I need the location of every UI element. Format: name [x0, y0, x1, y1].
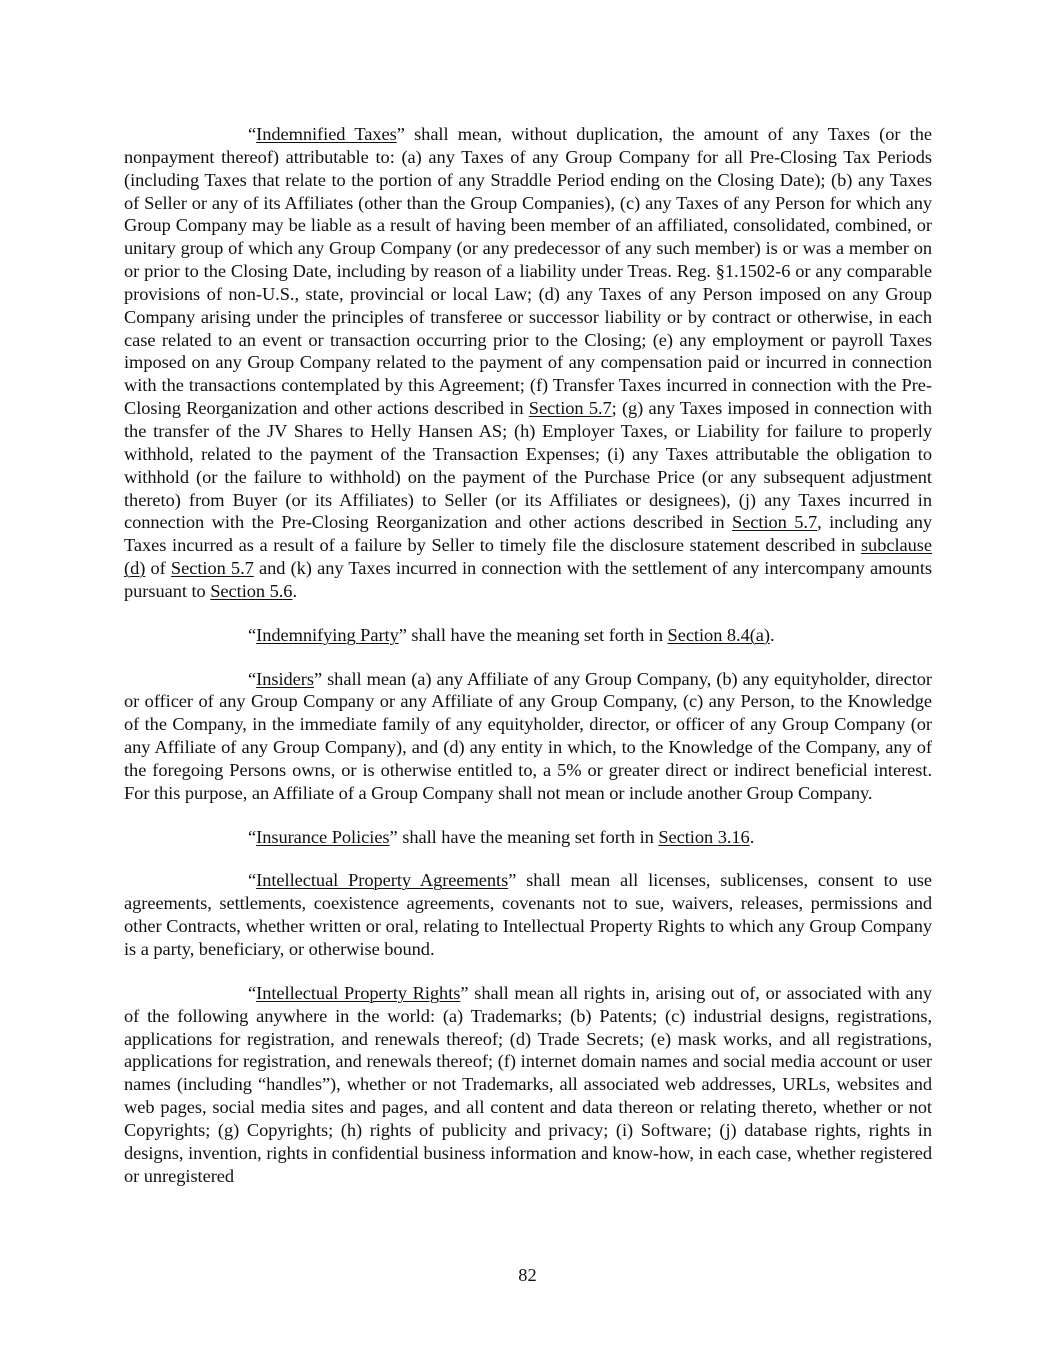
definition-insiders: “Insiders” shall mean (a) any Affiliate … — [124, 668, 932, 805]
defined-term: Indemnified Taxes — [256, 124, 397, 144]
open-quote: “ — [248, 983, 256, 1003]
section-reference: Section 8.4(a) — [668, 625, 770, 645]
defined-term: Indemnifying Party — [256, 625, 399, 645]
definition-indemnifying-party: “Indemnifying Party” shall have the mean… — [124, 624, 932, 647]
open-quote: “ — [248, 870, 256, 890]
definition-text: ” shall mean (a) any Affiliate of any Gr… — [124, 669, 932, 803]
definition-text: ” shall have the meaning set forth in — [399, 625, 668, 645]
definition-text: . — [770, 625, 775, 645]
open-quote: “ — [248, 625, 256, 645]
document-page: “Indemnified Taxes” shall mean, without … — [124, 123, 932, 1208]
section-reference: Section 5.7 — [732, 512, 817, 532]
section-reference: Section 5.7 — [529, 398, 612, 418]
definition-text: ” shall mean, without duplication, the a… — [124, 124, 932, 418]
definition-text: . — [750, 827, 755, 847]
open-quote: “ — [248, 827, 256, 847]
definition-text: . — [292, 581, 297, 601]
open-quote: “ — [248, 124, 256, 144]
open-quote: “ — [248, 669, 256, 689]
defined-term: Intellectual Property Agreements — [256, 870, 508, 890]
definition-insurance-policies: “Insurance Policies” shall have the mean… — [124, 826, 932, 849]
section-reference: Section 5.6 — [210, 581, 292, 601]
definition-text: ” shall have the meaning set forth in — [390, 827, 659, 847]
definition-text: ” shall mean all rights in, arising out … — [124, 983, 932, 1186]
definition-text: of — [145, 558, 171, 578]
definition-indemnified-taxes: “Indemnified Taxes” shall mean, without … — [124, 123, 932, 603]
definition-text: ” shall mean all licenses, sublicenses, … — [124, 870, 932, 959]
definition-intellectual-property-rights: “Intellectual Property Rights” shall mea… — [124, 982, 932, 1188]
defined-term: Intellectual Property Rights — [256, 983, 460, 1003]
defined-term: Insiders — [256, 669, 314, 689]
section-reference: Section 3.16 — [658, 827, 749, 847]
definition-intellectual-property-agreements: “Intellectual Property Agreements” shall… — [124, 869, 932, 960]
defined-term: Insurance Policies — [256, 827, 389, 847]
section-reference: Section 5.7 — [171, 558, 254, 578]
page-number: 82 — [0, 1264, 1055, 1286]
